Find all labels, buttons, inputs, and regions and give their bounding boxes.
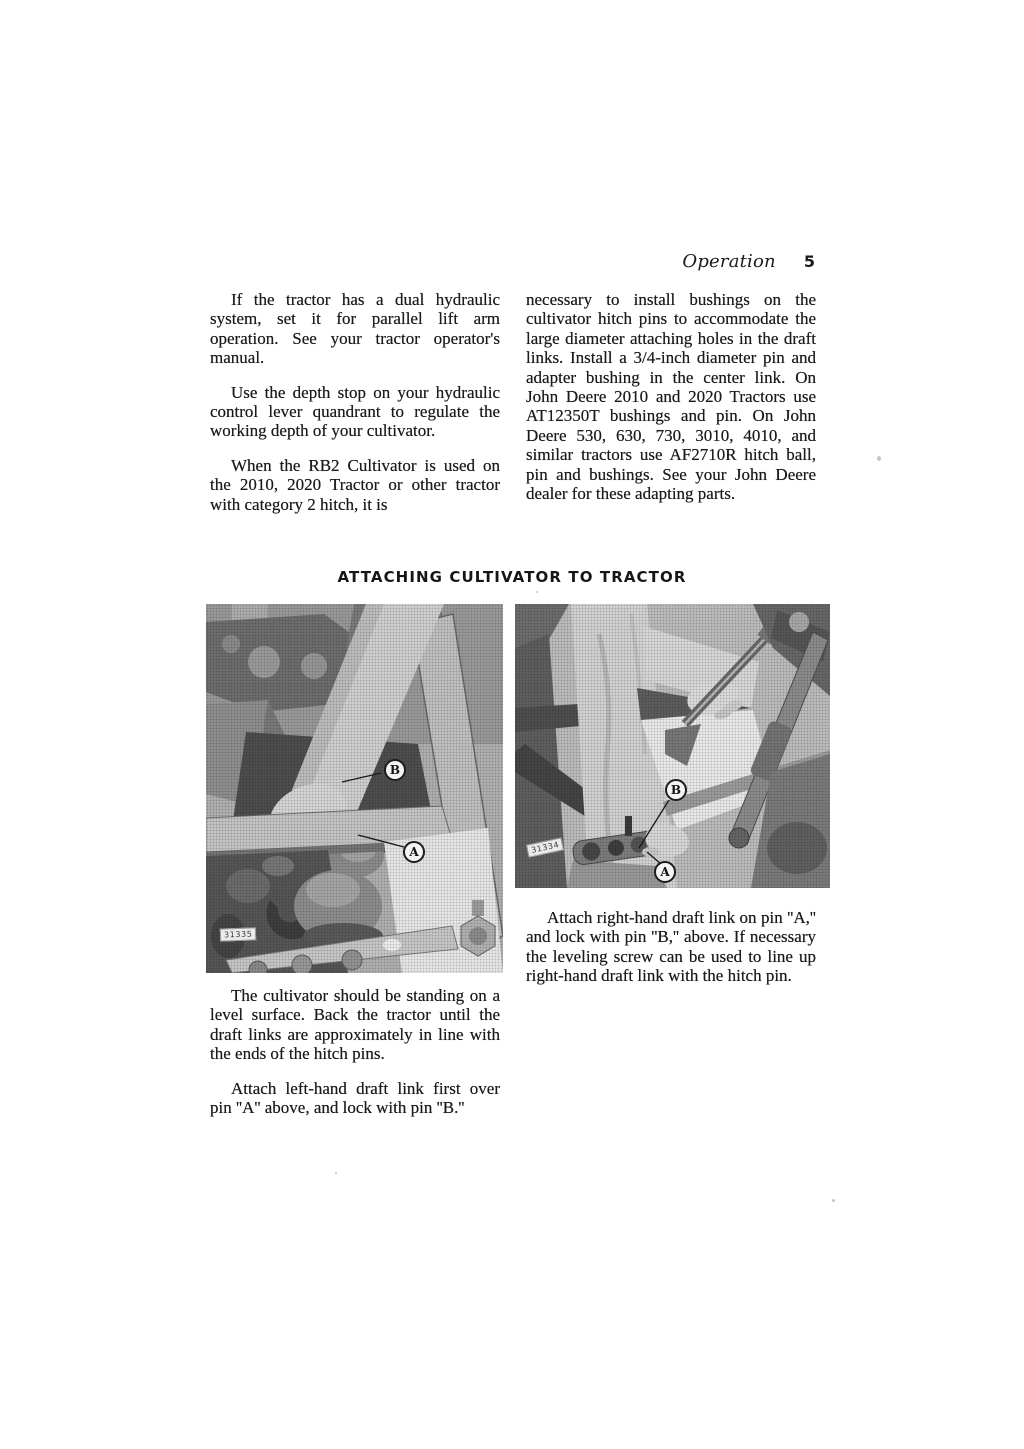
page-number: 5 — [804, 252, 815, 271]
photo-id-tag: 31335 — [220, 927, 257, 941]
paragraph-attach-right-link: Attach right-hand draft link on pin ''A,… — [526, 908, 816, 986]
section-title: Operation — [682, 251, 776, 272]
paragraph-level-surface: The cultivator should be standing on a l… — [210, 986, 500, 1064]
figure-left-draft-link: B A 31335 — [206, 604, 503, 973]
scan-artifact — [335, 1172, 337, 1174]
callout-a: A — [654, 861, 676, 883]
paragraph-attach-left-link: Attach left-hand draft link first over p… — [210, 1079, 500, 1118]
caption-left-column: The cultivator should be standing on a l… — [210, 986, 500, 1132]
figure-right-draft-link: B A 31334 — [515, 604, 830, 888]
callout-a: A — [403, 841, 425, 863]
caption-right-column: Attach right-hand draft link on pin ''A,… — [526, 908, 816, 1001]
intro-left-column: If the tractor has a dual hydraulic syst… — [210, 290, 500, 529]
section-heading: ATTACHING CULTIVATOR TO TRACTOR — [0, 568, 1024, 586]
callout-b: B — [665, 779, 687, 801]
halftone-photo-left — [206, 604, 503, 973]
scan-artifact — [832, 1199, 835, 1202]
scan-artifact — [877, 456, 881, 461]
manual-page: Operation 5 If the tractor has a dual hy… — [0, 0, 1024, 1449]
paragraph-depth-stop: Use the depth stop on your hydraulic con… — [210, 383, 500, 441]
running-head: Operation 5 — [400, 251, 815, 272]
callout-b: B — [384, 759, 406, 781]
paragraph-dual-hydraulic: If the tractor has a dual hydraulic syst… — [210, 290, 500, 368]
scan-artifact — [536, 591, 538, 593]
paragraph-rb2-cultivator: When the RB2 Cultivator is used on the 2… — [210, 456, 500, 514]
intro-right-column: necessary to install bushings on the cul… — [526, 290, 816, 518]
paragraph-bushings: necessary to install bushings on the cul… — [526, 290, 816, 503]
